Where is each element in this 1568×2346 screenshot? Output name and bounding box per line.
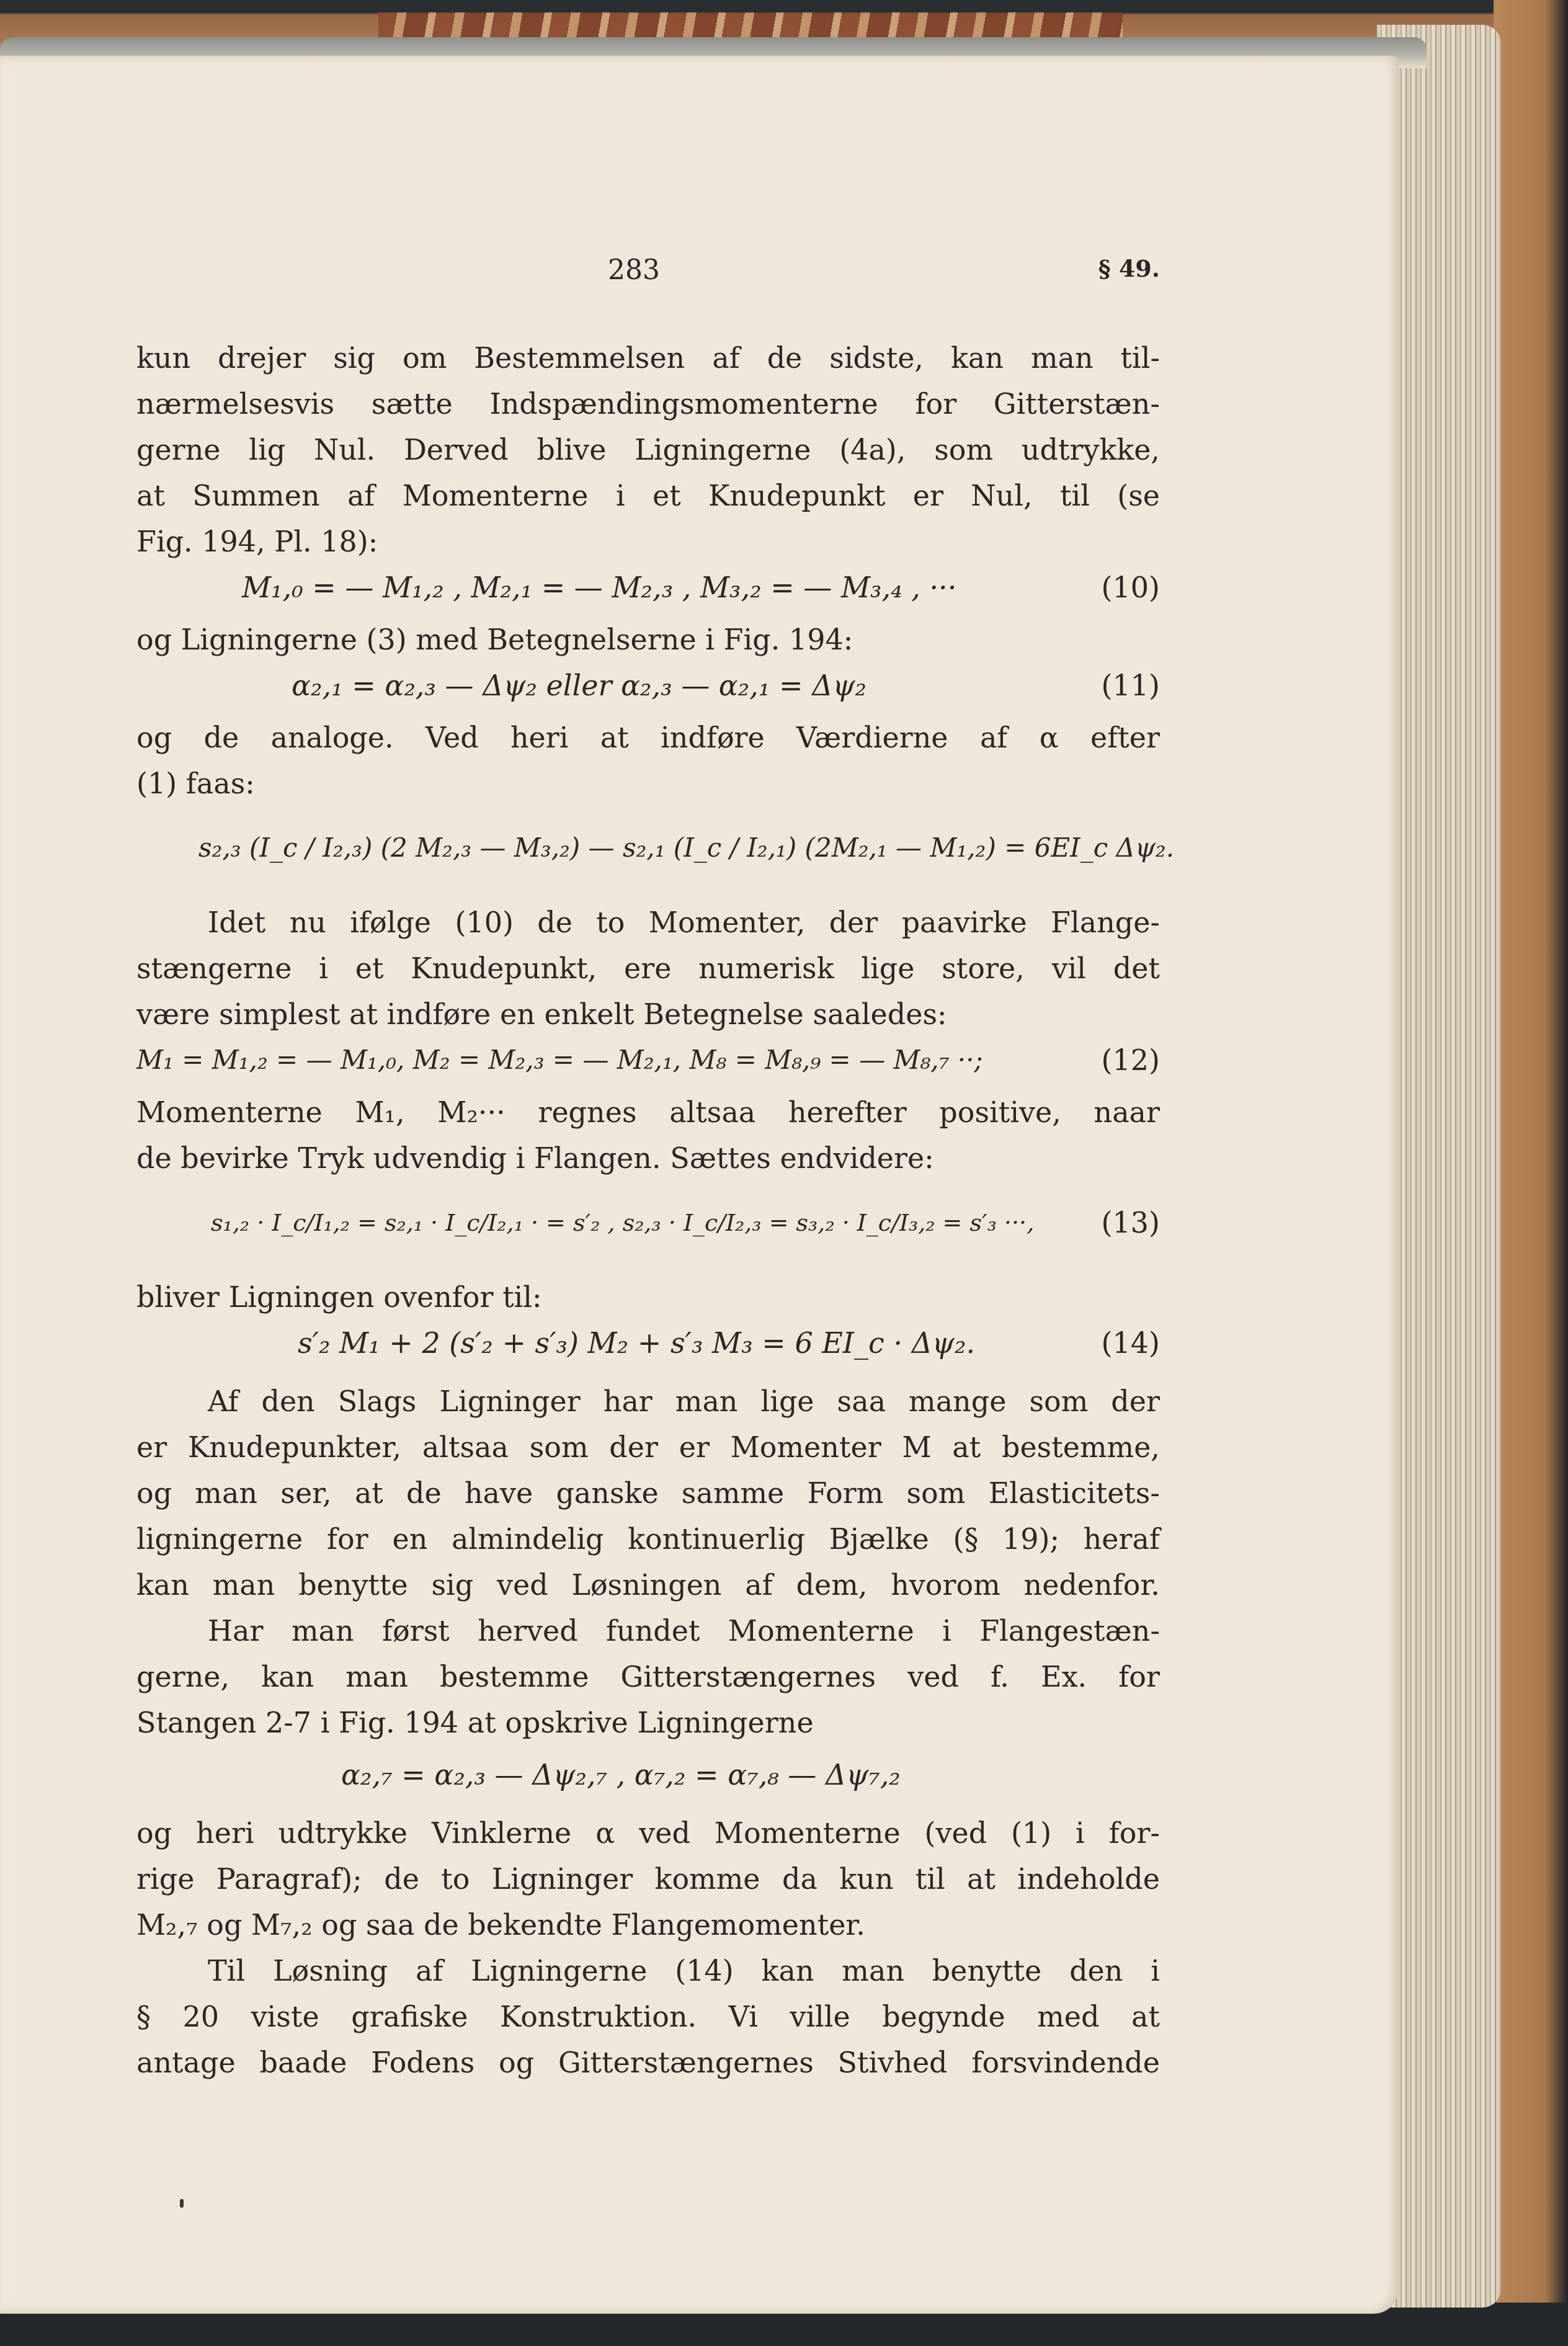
paragraph-8: Til Løsning af Ligningerne (14) kan man …: [136, 1948, 1160, 2085]
page-body: kun drejer sig om Bestemmelsen af de sid…: [136, 335, 1160, 2085]
page-header: 283 § 49.: [136, 254, 1160, 298]
text-line: rige Paragraf); de to Ligninger komme da…: [136, 1856, 1160, 1902]
text-line: Til Løsning af Ligningerne (14) kan man …: [136, 1948, 1160, 1994]
text-line: at Summen af Momenterne i et Knudepunkt …: [136, 473, 1160, 519]
paragraph-4: Momenterne M₁, M₂··· regnes altsaa heref…: [136, 1089, 1160, 1181]
paragraph-1: kun drejer sig om Bestemmelsen af de sid…: [136, 335, 1160, 564]
text-line: og man ser, at de have ganske samme Form…: [136, 1470, 1160, 1516]
text-line: gerne lig Nul. Derved blive Ligningerne …: [136, 427, 1160, 473]
text-line: nærmelsesvis sætte Indspændingsmomentern…: [136, 381, 1160, 427]
equation-expression: s′₂ M₁ + 2 (s′₂ + s′₃) M₂ + s′₃ M₃ = 6 E…: [298, 1320, 975, 1366]
equation-expression: s₁,₂ · I_c/I₁,₂ = s₂,₁ · I_c/I₂,₁ · = s′…: [211, 1200, 1034, 1246]
text-line: er Knudepunkter, altsaa som der er Momen…: [136, 1424, 1160, 1470]
equation-main: s₂,₃ (I_c / I₂,₃) (2 M₂,₃ — M₃,₂) — s₂,₁…: [136, 806, 1160, 899]
text-line: og Ligningerne (3) med Betegnelserne i F…: [136, 617, 1160, 662]
text-line: stængerne i et Knudepunkt, ere numerisk …: [136, 945, 1160, 991]
equation-number: (11): [1102, 662, 1160, 708]
text-line: bliver Ligningen ovenfor til:: [136, 1274, 1160, 1320]
text-line: og heri udtrykke Vinklerne α ved Momente…: [136, 1810, 1160, 1856]
text-line: ligningerne for en almindelig kontinuerl…: [136, 1516, 1160, 1562]
text-line: Stangen 2-7 i Fig. 194 at opskrive Ligni…: [136, 1700, 1160, 1746]
equation-11: α₂,₁ = α₂,₃ — Δψ₂ eller α₂,₃ — α₂,₁ = Δψ…: [136, 662, 1160, 715]
text-line: gerne, kan man bestemme Gitterstængernes…: [136, 1654, 1160, 1700]
equation-12: M₁ = M₁,₂ = — M₁,₀, M₂ = M₂,₃ = — M₂,₁, …: [136, 1037, 1160, 1089]
text-line: Idet nu ifølge (10) de to Momenter, der …: [136, 899, 1160, 945]
text-line: de bevirke Tryk udvendig i Flangen. Sætt…: [136, 1135, 1160, 1181]
equation-14: s′₂ M₁ + 2 (s′₂ + s′₃) M₂ + s′₃ M₃ = 6 E…: [136, 1320, 1160, 1372]
ink-speck: [180, 2199, 184, 2208]
paragraph-7: og heri udtrykke Vinklerne α ved Momente…: [136, 1810, 1160, 1948]
text-line: kan man benytte sig ved Løsningen af dem…: [136, 1562, 1160, 1608]
text-line: Har man først herved fundet Momenterne i…: [136, 1608, 1160, 1654]
paragraph-5: Af den Slags Ligninger har man lige saa …: [136, 1378, 1160, 1608]
equation-number: (13): [1102, 1200, 1160, 1246]
equation-expression: α₂,₇ = α₂,₃ — Δψ₂,₇ , α₇,₂ = α₇,₈ — Δψ₇,…: [341, 1752, 901, 1798]
equation-expression: s₂,₃ (I_c / I₂,₃) (2 M₂,₃ — M₃,₂) — s₂,₁…: [198, 825, 1174, 871]
equation-expression: M₁,₀ = — M₁,₂ , M₂,₁ = — M₂,₃ , M₃,₂ = —…: [242, 564, 956, 610]
book-cover-edge: [1494, 0, 1568, 2346]
section-reference: § 49.: [1098, 254, 1160, 282]
page-number: 283: [608, 254, 660, 286]
equation-number: (14): [1102, 1320, 1160, 1366]
text-line: Momenterne M₁, M₂··· regnes altsaa heref…: [136, 1089, 1160, 1135]
text-line: kun drejer sig om Bestemmelsen af de sid…: [136, 335, 1160, 381]
paragraph-3: Idet nu ifølge (10) de to Momenter, der …: [136, 899, 1160, 1037]
equation-number: (12): [1102, 1037, 1160, 1083]
text-line: Fig. 194, Pl. 18):: [136, 519, 1160, 564]
text-line: (1) faas:: [136, 760, 1160, 806]
text-line: være simplest at indføre en enkelt Beteg…: [136, 991, 1160, 1037]
equation-alpha: α₂,₇ = α₂,₃ — Δψ₂,₇ , α₇,₂ = α₇,₈ — Δψ₇,…: [136, 1752, 1160, 1804]
equation-10: M₁,₀ = — M₁,₂ , M₂,₁ = — M₂,₃ , M₃,₂ = —…: [136, 564, 1160, 617]
equation-13: s₁,₂ · I_c/I₁,₂ = s₂,₁ · I_c/I₂,₁ · = s′…: [136, 1181, 1160, 1274]
text-line: og de analoge. Ved heri at indføre Værdi…: [136, 715, 1160, 760]
equation-expression: M₁ = M₁,₂ = — M₁,₀, M₂ = M₂,₃ = — M₂,₁, …: [136, 1037, 983, 1083]
text-line: M₂,₇ og M₇,₂ og saa de bekendte Flangemo…: [136, 1902, 1160, 1948]
text-line: antage baade Fodens og Gitterstængernes …: [136, 2040, 1160, 2085]
paragraph-6: Har man først herved fundet Momenterne i…: [136, 1608, 1160, 1746]
equation-number: (10): [1102, 564, 1160, 610]
text-line: Af den Slags Ligninger har man lige saa …: [136, 1378, 1160, 1424]
paragraph-2: og de analoge. Ved heri at indføre Værdi…: [136, 715, 1160, 806]
text-line: § 20 viste grafiske Konstruktion. Vi vil…: [136, 1994, 1160, 2040]
equation-expression: α₂,₁ = α₂,₃ — Δψ₂ eller α₂,₃ — α₂,₁ = Δψ…: [292, 662, 866, 708]
